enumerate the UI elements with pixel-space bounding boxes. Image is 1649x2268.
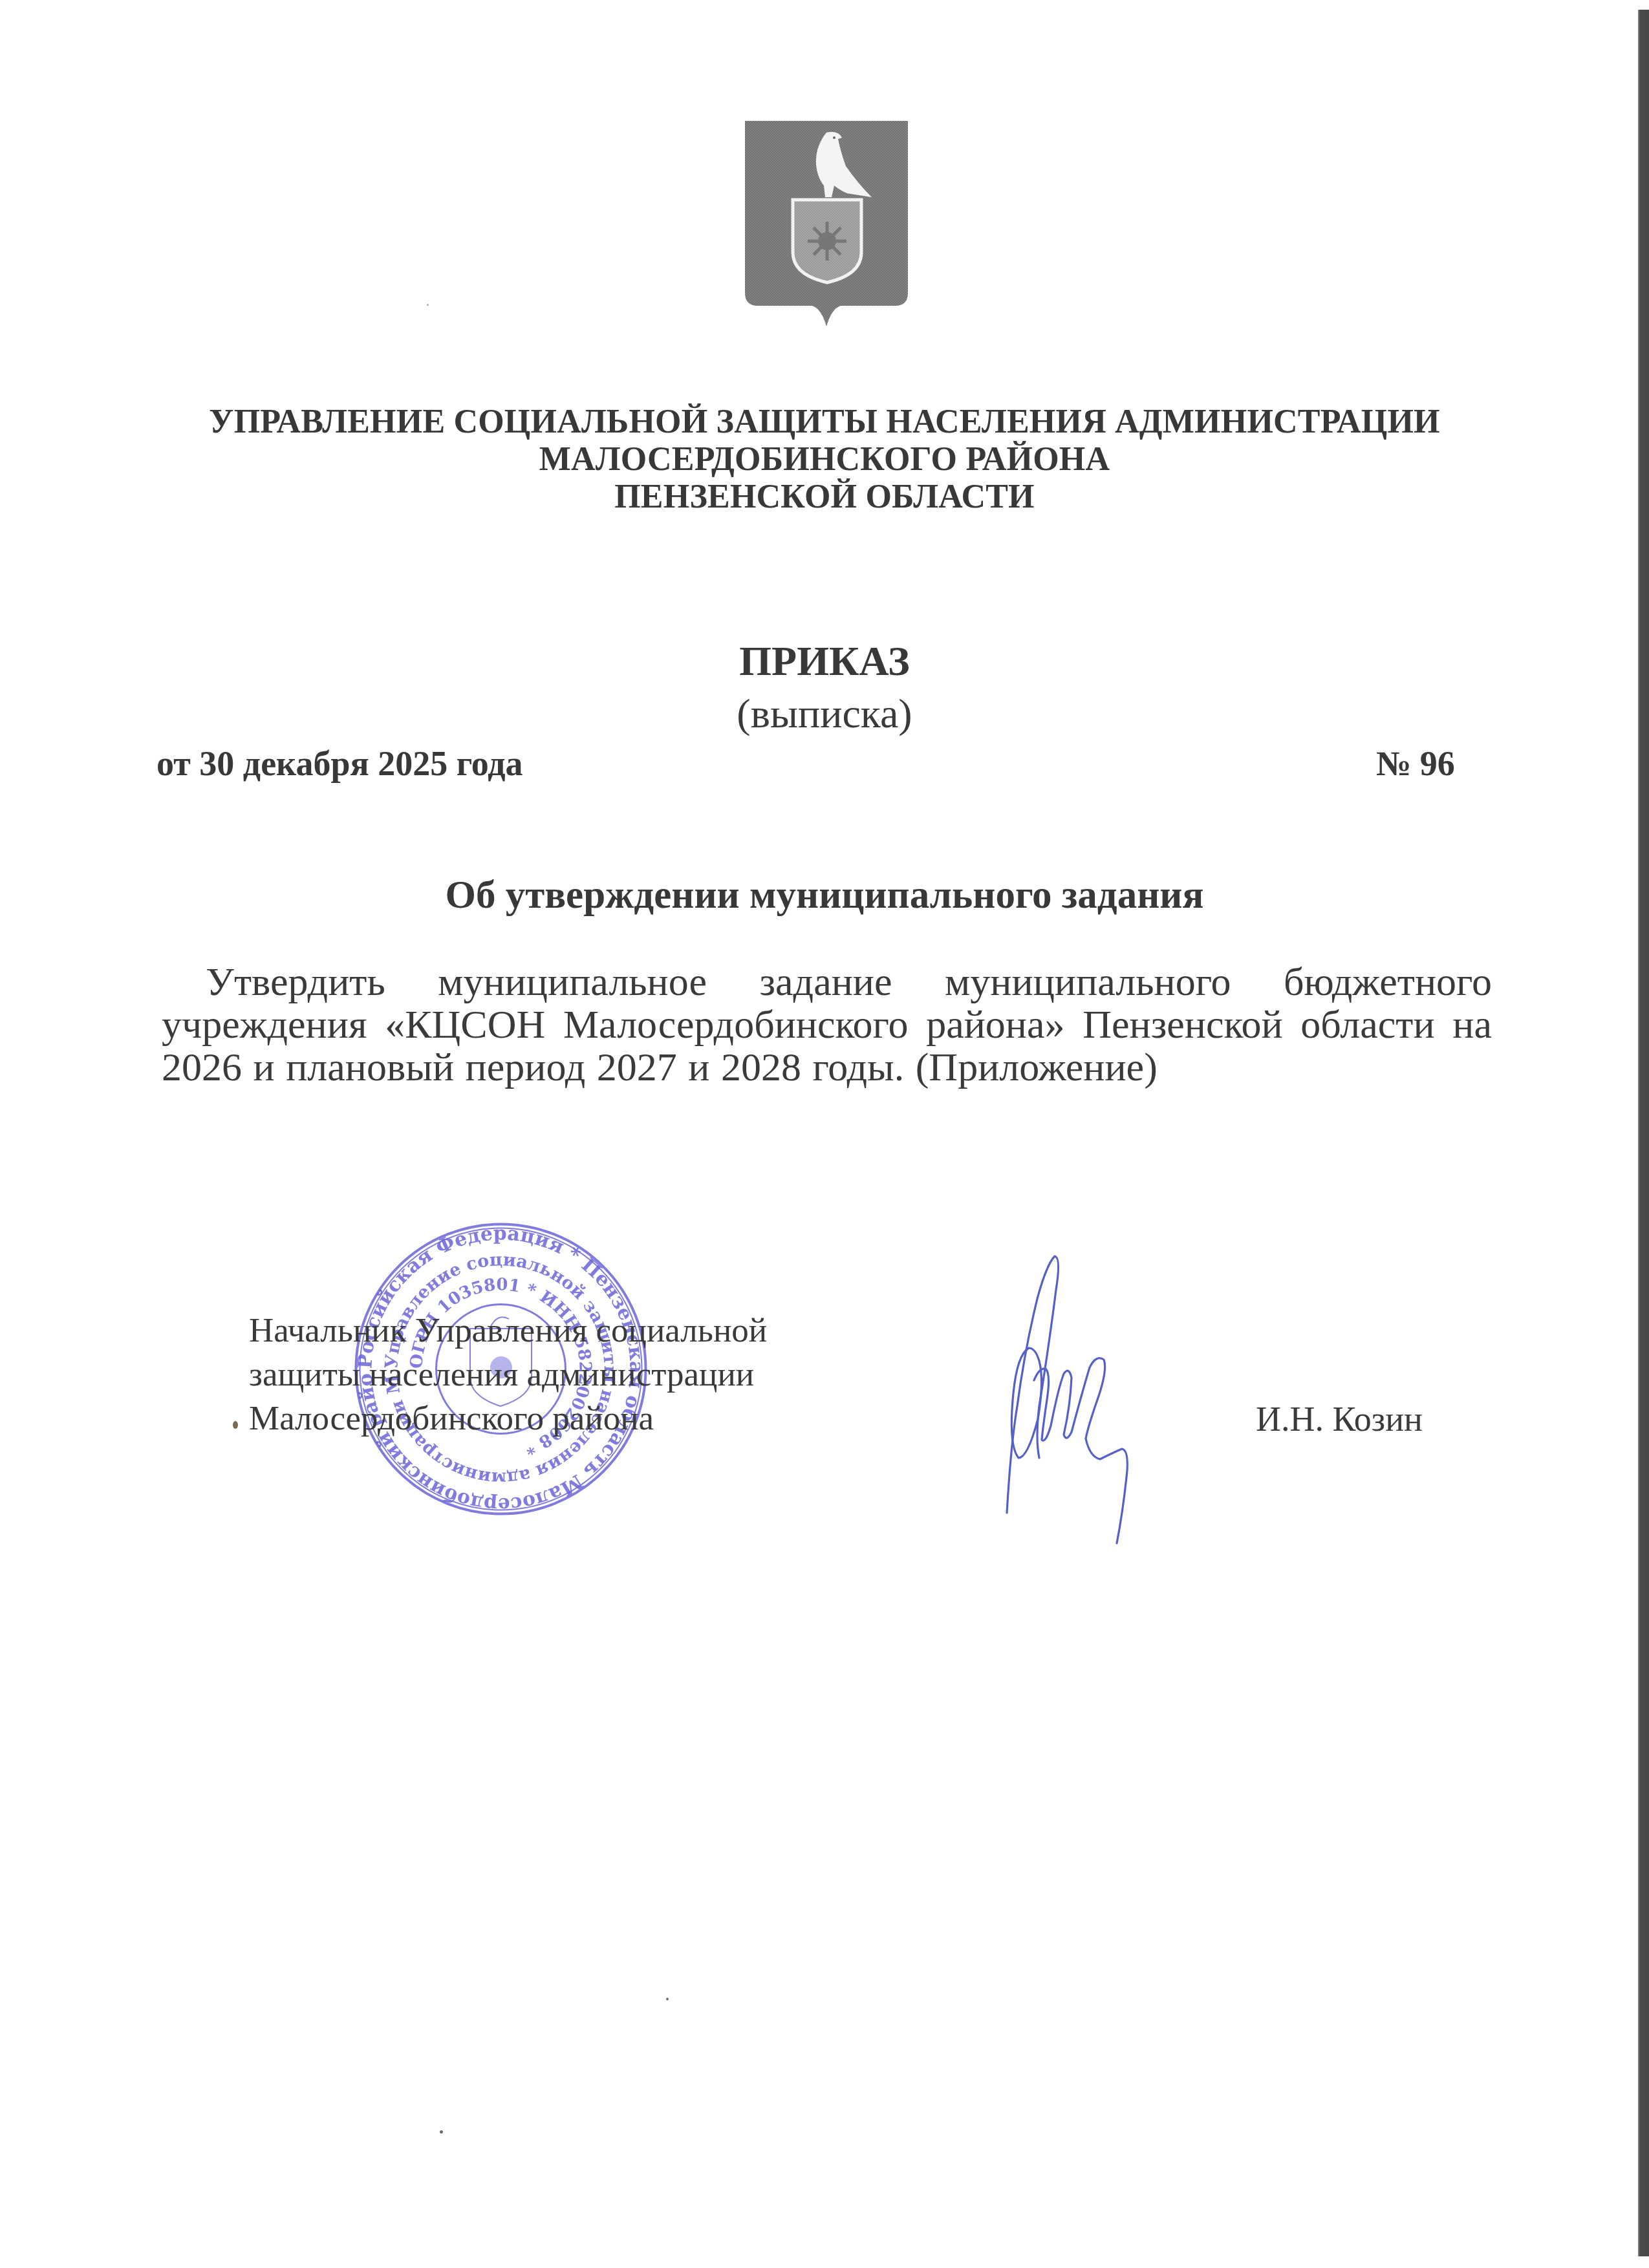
- organization-name-line-3: ПЕНЗЕНСКОЙ ОБЛАСТИ: [0, 478, 1649, 516]
- organization-name-line-1: УПРАВЛЕНИЕ СОЦИАЛЬНОЙ ЗАЩИТЫ НАСЕЛЕНИЯ А…: [0, 403, 1649, 441]
- signatory-name: И.Н. Козин: [1256, 1399, 1423, 1439]
- signatory-position-line-1: Начальник Управления социальной: [249, 1309, 767, 1353]
- scan-edge-shadow: [1638, 10, 1649, 2256]
- signature-icon: [999, 1251, 1135, 1545]
- scan-speck: [427, 304, 429, 306]
- signatory-position-line-2: защиты населения администрации: [249, 1353, 767, 1396]
- coat-of-arms-icon: [744, 120, 909, 330]
- document-type: ПРИКАЗ: [0, 639, 1649, 684]
- document-subtype: (выписка): [0, 690, 1649, 737]
- scan-speck: [233, 1421, 238, 1429]
- document-number: № 96: [1376, 744, 1455, 784]
- scan-speck: [440, 2130, 443, 2134]
- document-date: от 30 декабря 2025 года: [156, 744, 523, 784]
- signatory-position: Начальник Управления социальной защиты н…: [249, 1309, 767, 1440]
- organization-name-line-2: МАЛОСЕРДОБИНСКОГО РАЙОНА: [0, 441, 1649, 478]
- signatory-position-line-3: Малосердобинского района: [249, 1396, 767, 1440]
- scan-speck: [666, 1998, 669, 2000]
- document-subject: Об утверждении муниципального задания: [0, 873, 1649, 918]
- document-body: Утвердить муниципальное задание муниципа…: [162, 961, 1492, 1089]
